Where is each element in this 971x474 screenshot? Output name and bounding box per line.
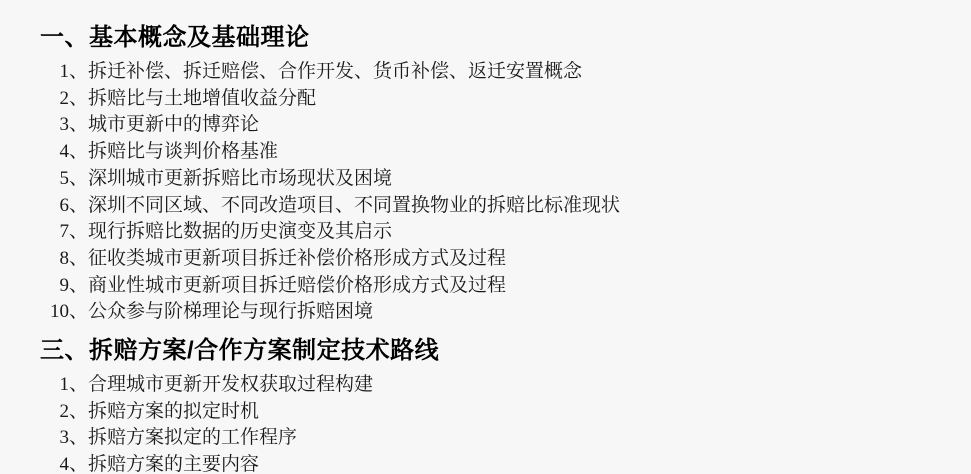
item-number: 5、 — [0, 166, 88, 193]
section-heading: 三、拆赔方案/合作方案制定技术路线 — [40, 337, 971, 365]
item-number: 7、 — [0, 219, 88, 246]
item-text: 征收类城市更新项目拆迁补偿价格形成方式及过程 — [88, 246, 506, 273]
outline-section-1: 一、基本概念及基础理论 1、 拆迁补偿、拆迁赔偿、合作开发、货币补偿、返迁安置概… — [0, 24, 971, 326]
item-number: 10、 — [0, 299, 88, 326]
outline-item: 3、 城市更新中的博弈论 — [0, 112, 971, 139]
outline-item: 9、 商业性城市更新项目拆迁赔偿价格形成方式及过程 — [0, 273, 971, 300]
outline-item: 1、 拆迁补偿、拆迁赔偿、合作开发、货币补偿、返迁安置概念 — [0, 59, 971, 86]
outline-item: 3、 拆赔方案拟定的工作程序 — [0, 425, 971, 452]
outline-item: 5、 深圳城市更新拆赔比市场现状及困境 — [0, 166, 971, 193]
item-number: 3、 — [0, 425, 88, 452]
item-number: 9、 — [0, 273, 88, 300]
item-text: 拆赔方案的主要内容 — [88, 452, 259, 474]
outline-item: 8、 征收类城市更新项目拆迁补偿价格形成方式及过程 — [0, 246, 971, 273]
outline-item: 6、 深圳不同区域、不同改造项目、不同置换物业的拆赔比标准现状 — [0, 193, 971, 220]
outline-item: 4、 拆赔比与谈判价格基准 — [0, 139, 971, 166]
item-text: 深圳不同区域、不同改造项目、不同置换物业的拆赔比标准现状 — [88, 193, 620, 220]
section-items: 1、 拆迁补偿、拆迁赔偿、合作开发、货币补偿、返迁安置概念 2、 拆赔比与土地增… — [0, 59, 971, 326]
outline-item: 10、 公众参与阶梯理论与现行拆赔困境 — [0, 299, 971, 326]
item-text: 商业性城市更新项目拆迁赔偿价格形成方式及过程 — [88, 273, 506, 300]
item-number: 4、 — [0, 452, 88, 474]
outline-item: 1、 合理城市更新开发权获取过程构建 — [0, 372, 971, 399]
item-text: 拆赔方案拟定的工作程序 — [88, 425, 297, 452]
item-text: 现行拆赔比数据的历史演变及其启示 — [88, 219, 392, 246]
section-items: 1、 合理城市更新开发权获取过程构建 2、 拆赔方案的拟定时机 3、 拆赔方案拟… — [0, 372, 971, 474]
outline-item: 4、 拆赔方案的主要内容 — [0, 452, 971, 474]
item-number: 4、 — [0, 139, 88, 166]
item-number: 6、 — [0, 193, 88, 220]
item-number: 3、 — [0, 112, 88, 139]
outline-section-3: 三、拆赔方案/合作方案制定技术路线 1、 合理城市更新开发权获取过程构建 2、 … — [0, 337, 971, 474]
item-text: 拆赔比与谈判价格基准 — [88, 139, 278, 166]
item-number: 2、 — [0, 399, 88, 426]
item-text: 拆赔比与土地增值收益分配 — [88, 86, 316, 113]
item-number: 2、 — [0, 86, 88, 113]
item-text: 深圳城市更新拆赔比市场现状及困境 — [88, 166, 392, 193]
outline-item: 7、 现行拆赔比数据的历史演变及其启示 — [0, 219, 971, 246]
item-number: 1、 — [0, 372, 88, 399]
item-number: 1、 — [0, 59, 88, 86]
item-text: 公众参与阶梯理论与现行拆赔困境 — [88, 299, 373, 326]
outline-item: 2、 拆赔比与土地增值收益分配 — [0, 86, 971, 113]
item-text: 拆赔方案的拟定时机 — [88, 399, 259, 426]
item-text: 城市更新中的博弈论 — [88, 112, 259, 139]
item-number: 8、 — [0, 246, 88, 273]
section-heading: 一、基本概念及基础理论 — [40, 24, 971, 52]
outline-item: 2、 拆赔方案的拟定时机 — [0, 399, 971, 426]
item-text: 拆迁补偿、拆迁赔偿、合作开发、货币补偿、返迁安置概念 — [88, 59, 582, 86]
item-text: 合理城市更新开发权获取过程构建 — [88, 372, 373, 399]
page: { "page": { "background_color": "#f7f7f7… — [0, 0, 971, 474]
toc-document: 一、基本概念及基础理论 1、 拆迁补偿、拆迁赔偿、合作开发、货币补偿、返迁安置概… — [0, 0, 971, 474]
